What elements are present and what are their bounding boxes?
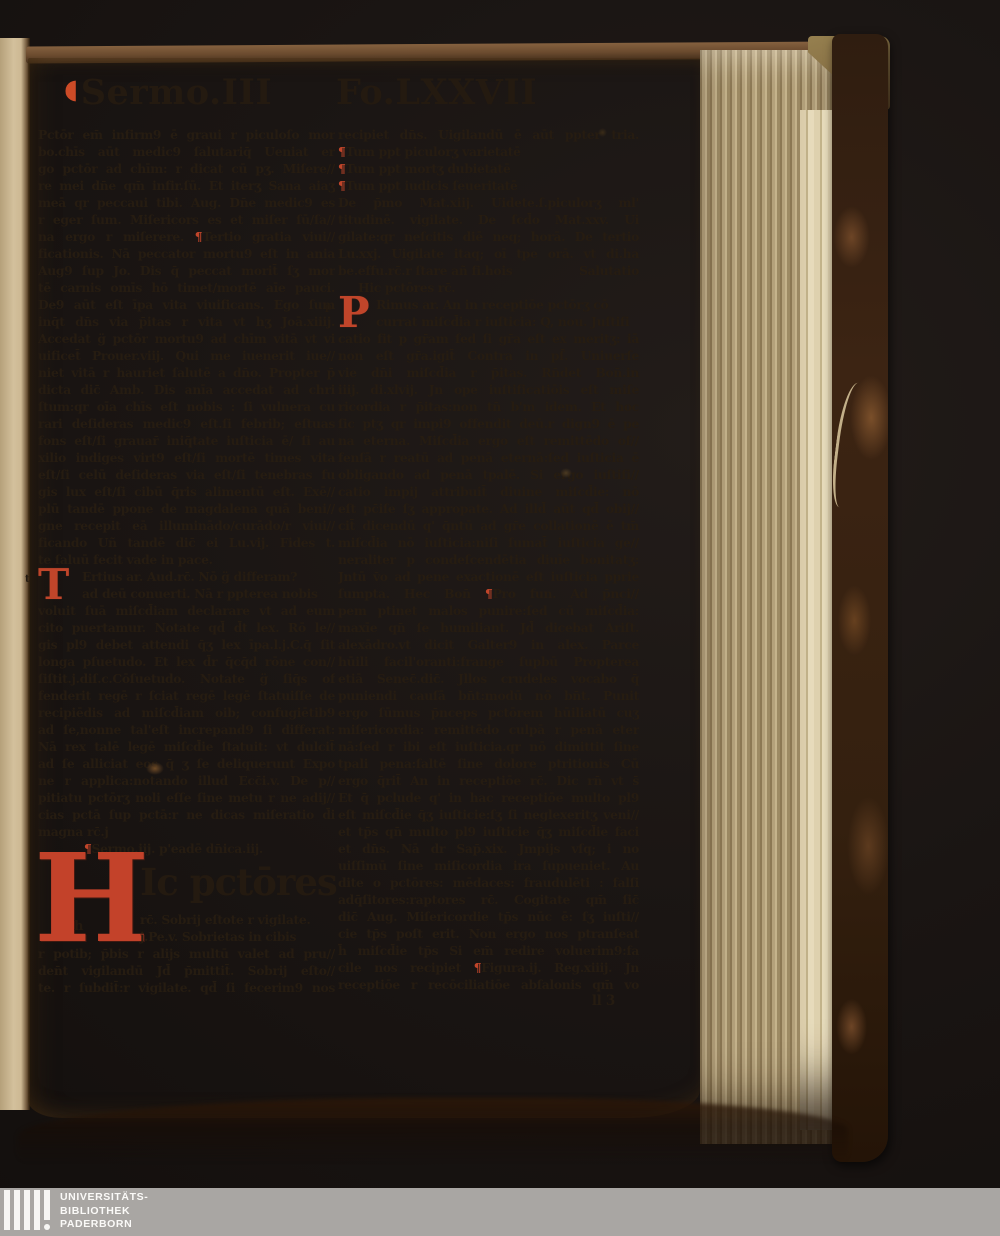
text-line: cias pctā ſup pctā:r ne dicas miſeratio …: [38, 806, 335, 823]
text-line: hūili facil'oranti:frange ſupbū Proptere…: [338, 653, 639, 670]
text-line: tē carnis omīs hō timet/mortē aīe pauci.: [38, 279, 335, 296]
text-line: Accedat g̈ pctōr mortu9 ad chīm vitā vt …: [38, 330, 335, 347]
text-line: Nā rex talē legē miſcd̄ie ſtatuit: vt du…: [38, 738, 335, 755]
right-text-column: recipiet dn̄s. Uigilandū ē aūt ppter tri…: [338, 126, 639, 1010]
library-logo-icon: [4, 1190, 54, 1234]
text-line: gilate:qr neſcitis diē neq; horā. De ter…: [338, 228, 639, 245]
text-line: go pctōr ad chīm: r dicat cū pʒ. Miſere/…: [38, 160, 335, 177]
text-line: cit̄ dicendū q' q̄ntū ad gr̄e collationē…: [338, 517, 639, 534]
logo-bar: [14, 1190, 20, 1230]
text-line: ricordia r p̄itas:non tn̄ b'm idem. Et h…: [338, 398, 639, 415]
running-title: ◖Sermo.III: [64, 72, 272, 118]
text-line: catio fit p gr̄am ſed ſi gr̄a eſt ex mer…: [338, 330, 639, 347]
text-line: pem ptinet malos punire:ſed cū miſcd̄ia:: [338, 602, 639, 619]
text-line: recipiet dn̄s. Uigilandū ē aūt ppter tri…: [338, 126, 639, 143]
text-line: Jntū v̄o ad pene exactionē eſt iuſticia …: [338, 568, 639, 585]
text-line: dite o pctōres: mēdaces: fraudulēti : fa…: [338, 874, 639, 891]
text-line: Lu.xxj. Uigilate itaq; oī tpe orā. vt di…: [338, 245, 639, 262]
text-line: j.Pe.v. Sobrietas in cibis: [38, 928, 335, 945]
text-line: ad ſe,nonne tal'eſt increpand9 ſi differ…: [38, 721, 335, 738]
text-line: ſic ptʒ qr impi9 offendit deū.r dign9 ē …: [338, 415, 639, 432]
text-line: ſumpta. Hec Bon̄ ¶Pro fun. Ad p̄nci//: [338, 585, 639, 602]
text-line: tTErtius ar. Aud.rc̄. Nō g̈ differam?: [38, 568, 335, 585]
library-name-line1: UNIVERSITÄTS-: [60, 1191, 148, 1205]
text-line: tpali pena:ſaltē ſine dolore ptritionis …: [338, 755, 639, 772]
text-line: titudinē. vigilate. De ſcd̄o Mat.xxv. Ui: [338, 211, 639, 228]
text-line: h̄ miſcd̄ie tp̄s Si em̄ redire voluerim9…: [338, 942, 639, 959]
guide-letter: p: [325, 299, 332, 316]
text-line: ¶Tum ppt iudicis ſeueritatē: [338, 177, 639, 194]
text-line: miſcd̄ia nō iuſticia:niſi ſumat̄ iuſtici…: [338, 534, 639, 551]
text-line: catio impij attribuit̄ diuine miſcd̄ie: …: [338, 483, 639, 500]
text-line: rari deſideras medic9 eſt.ſi febrib; eſt…: [38, 415, 335, 432]
text-line: eſt/ſi celū deſideras via eſt/ſi tenebra…: [38, 466, 335, 483]
ink-stain: [560, 468, 572, 478]
ink-stain: [598, 128, 607, 137]
text-line: currat miſcd̄ia r iuſticia: Q, nou. Juſt…: [338, 313, 639, 330]
signature-mark: ll 3: [338, 993, 639, 1010]
text-line: puniendi cauſā bn̄t:modū nō bn̄t. Punit: [338, 687, 639, 704]
text-line: fenſā r reatū ad penā eternā:ſed iuſtici…: [338, 449, 639, 466]
text-line: De9 aūt eſt īpa vita viuificans. Ego ſum: [38, 296, 335, 313]
text-line: non eſt gr̄a.igit̄ Contra in pſ̄. Uniuer…: [338, 347, 639, 364]
text-line: te ſaluū fecit vade in pace.: [38, 551, 335, 568]
rubric-mark-icon: ◖: [64, 74, 79, 105]
text-line: et dn̄s. Nā dr Sap̄.xix. Jmpijs vſq; i n…: [338, 840, 639, 857]
library-name-line2: BIBLIOTHEK: [60, 1205, 148, 1219]
text-line: ergo q̄rit̄ An in receptiōe rc̄. Dic rn̄…: [338, 772, 639, 789]
text-line: Aug9 ſup Jo. Dis q̄ peccat morit̄ ſʒ mor: [38, 262, 335, 279]
text-line: pitiatu pctōrʒ noli eſſe ſine metu r ne …: [38, 789, 335, 806]
text-line: iiij. di.xlvij. Jn ope iuſtificatiōis eſ…: [338, 381, 639, 398]
library-footer-band: [0, 1188, 1000, 1236]
text-line: r eger ſum. Miſericors es et miſer ſū/ſa…: [38, 211, 335, 228]
logo-bar: [4, 1190, 10, 1230]
text-line: uiſſimū ſine miſicordia ira ſupueniet. A…: [338, 857, 639, 874]
text-line: et tp̄s qn̄ multo pl9 iuſticie q̄ʒ miſcd…: [338, 823, 639, 840]
logo-bar: [34, 1190, 40, 1230]
text-line: dicta dic̄ Amb. Dis anīa accedat ad chri: [38, 381, 335, 398]
leather-cover: [832, 34, 888, 1162]
text-line: bo.chīs aūt medic9 ſalutariq̄ Ueniat er: [38, 143, 335, 160]
library-name: UNIVERSITÄTS- BIBLIOTHEK PADERBORN: [60, 1191, 148, 1232]
text-line: rc̄. Sobrij eſtote r vigilate.: [38, 911, 335, 928]
text-line: ad ſe alliciat eos q̄ ʒ ſe deliquerunt E…: [38, 755, 335, 772]
text-line: dic̄ Aug. Miſericordie tp̄s nūc ē: ſʒ iu…: [338, 908, 639, 925]
text-line: nā:ſed r ibi eſt iuſticia.qr nō dimittit…: [338, 738, 639, 755]
text-line: ¶Tum ppt mortʒ dubietatē: [338, 160, 639, 177]
text-line: ficando Uñ tandē dic̄ ei Lu.vij. Fides t…: [38, 534, 335, 551]
text-line: ad deū conuerti. Nā r ppterea nobis: [38, 585, 335, 602]
text-line: maxīe qn̄ ſe humiliant. Jd̄ dicebat Ariſ…: [338, 619, 639, 636]
text-line: meā qr peccaui tibi. Aug. Dn̄e medic9 es: [38, 194, 335, 211]
folio-number-text: Fo.LXXVII: [336, 72, 537, 113]
text-line: ſtum:qr oīa chīs eſt nobis : ſi vulnera …: [38, 398, 335, 415]
text-line: adq̄ſitores:raptores rc̄. Cogitate qm̄ ſ…: [338, 891, 639, 908]
text-line: xilio indiges virt9 eſt/ſi mortē times v…: [38, 449, 335, 466]
text-line: niet vitā r hauriet ſalutē a dn̄o. Propt…: [38, 364, 335, 381]
text-line: ergo ſūmus p̄nceps pctōrem hūiliatū cuʒ: [338, 704, 639, 721]
text-line: ſiſtit.j.diſ.c.Cōſuetudo. Notate g̈ ſiq̄…: [38, 670, 335, 687]
text-line: ¶Tum ppt piculorʒ varietatē: [338, 143, 639, 160]
text-line: te. r ſubdit̄:r vigilate. qd̄ ſi fecerim…: [38, 979, 335, 996]
text-line: vie dn̄i miſcd̄ia r p̄itas. Rn̄det Bon̄.…: [338, 364, 639, 381]
text-line: be.effu.rc̄.r ſtare añ fi.hoisSalutatio: [338, 262, 639, 279]
text-line: longa pſuetudo. Et lex d̄r q̄cq̄d rōne c…: [38, 653, 335, 670]
text-line: cito puertamur. Notate qd̄ d̄t lex. Rō l…: [38, 619, 335, 636]
text-line: den̄t vigilandū Jd̄ p̄mittit̄. Sobrij eſ…: [38, 962, 335, 979]
text-line: Et q̄ pclude q' in hac receptiōe multo p…: [338, 789, 639, 806]
text-line: pPRimus ar. An in receptiōe pctōrʒ cō: [338, 296, 639, 313]
text-line: neraliter p condeſcendētia diuīe bonitat…: [338, 551, 639, 568]
text-line: alexādro.vt dicit Galter9 in alex. Parce: [338, 636, 639, 653]
guide-letter: t: [25, 571, 29, 588]
logo-bar: [24, 1190, 30, 1230]
text-line: uificet̄ Prouer.viij. Qui me iuenerit iu…: [38, 347, 335, 364]
text-line: recipiēdis ad miſcd̄iam oib; confugiētib…: [38, 704, 335, 721]
text-line: inq̄t dn̄s via p̄itas r vita vt hʒ Joā.x…: [38, 313, 335, 330]
running-title-text: Sermo.III: [81, 72, 273, 113]
text-line: gis pl9 debet attendi q̄ʒ lex īpa.l.j.C.…: [38, 636, 335, 653]
text-line: re mei dn̄e qm̄ infir.ſū. Et iterʒ Sana …: [38, 177, 335, 194]
text-line: fenderit regē r ſciat regē legē ſtatuiſſ…: [38, 687, 335, 704]
text-line: receptiōe r recōciliatiōe abſalonis qm̄ …: [338, 976, 639, 993]
text-line: obligando ad penā tpalē. Si ergo iuſtifi…: [338, 466, 639, 483]
book-scan-photo: ◖Sermo.III Fo.LXXVII Pctōr em̄ infirm9 ē…: [0, 0, 1000, 1236]
loose-leaves-edge: [800, 110, 834, 1130]
left-text-column: Pctōr em̄ infirm9 ē graui r piculoſo mor…: [38, 126, 335, 996]
folio-number: Fo.LXXVII: [336, 72, 537, 118]
text-line: ne r applica:notando illud Ecc̄i.v. De p…: [38, 772, 335, 789]
text-line: etiā Senec̄.dic̄. Jllos crudeles vocabo …: [338, 670, 639, 687]
text-line: cie tp̄s poſt erit. Non ergo nos ptranſe…: [338, 925, 639, 942]
text-line: Pctōr em̄ infirm9 ē graui r piculoſo mor: [38, 126, 335, 143]
text-line: plū tandē ppone de magdalena quā beni//: [38, 500, 335, 517]
ink-stain: [146, 762, 164, 775]
text-line: cile nos recipiet ¶Figura.ij. Reg.xiiij.…: [338, 959, 639, 976]
text-line: na ergo r miſerere. ¶Tertio gratia viui/…: [38, 228, 335, 245]
text-line: eſt miſcd̄ie q̄ʒ iuſticie:ſʒ ſi neglexer…: [338, 806, 639, 823]
text-line: ficationis. Nā peccator mortu9 eſt in an…: [38, 245, 335, 262]
text-line: De p̄mo Mat.xiij. Uidete.ſ.piculorʒ ml': [338, 194, 639, 211]
text-line: voluit ſuā miſcd̄iam declarare vt ad eum: [38, 602, 335, 619]
text-line: Hic pctōres rc̄.: [338, 279, 639, 296]
text-line: miſericordia: remittēdo culpā r penā ete…: [338, 721, 639, 738]
text-line: eſt pc̄iſe ſʒ appropate. Ad illd̄ aūt qd…: [338, 500, 639, 517]
library-name-line3: PADERBORN: [60, 1218, 148, 1232]
text-line: r potib; p̄bis r alijs multū valet ad pr…: [38, 945, 335, 962]
text-line: fons eſt/ſi grauar̄ iniq̄tate iuſticia ē…: [38, 432, 335, 449]
text-line: na eterna. Miſcd̄ia ergo eſt remittēdo o…: [338, 432, 639, 449]
catchword: Salutatio: [579, 262, 639, 279]
text-line: gne recepit eā illuminādo/curādo/r viui/…: [38, 517, 335, 534]
text-line: gis lux eſt/ſi cibū q̄ris alimentū eſt. …: [38, 483, 335, 500]
logo-exclamation-bar: [44, 1190, 50, 1220]
